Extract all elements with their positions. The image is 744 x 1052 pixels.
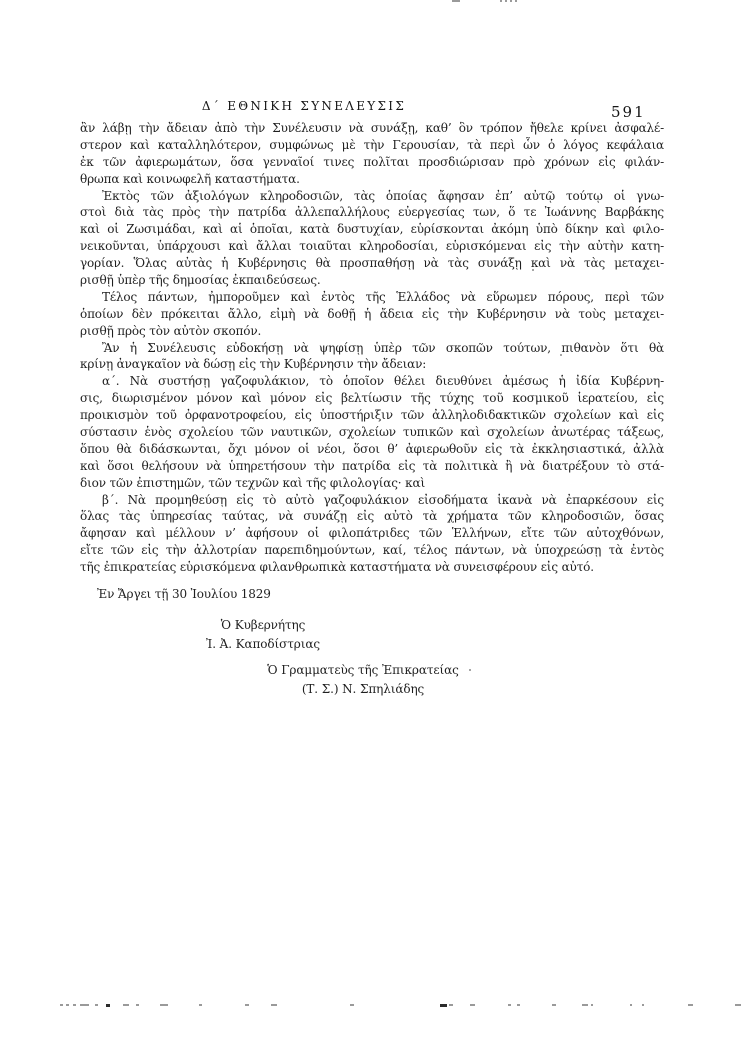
scan-speck (271, 1004, 277, 1006)
dateline: Ἐν Ἄργει τῇ 30 Ἰουλίου 1829 (80, 586, 664, 603)
text-line: στερον καὶ καταλληλότερον, συμφώνως μὲ τ… (80, 137, 664, 154)
text-line: ρισθῇ πρὸς τὸν αὐτὸν σκοπόν. (80, 323, 664, 340)
text-line: κρίνῃ ἀναγκαῖον νὰ δώσῃ εἰς τὴν Κυβέρνησ… (80, 356, 664, 373)
text-line: διον τῶν ἐπιστημῶν, τῶν τεχνῶν καὶ τῆς φ… (80, 475, 664, 492)
text-line: β´. Νὰ προμηθεύσῃ εἰς τὸ αὐτὸ γαζοφυλάκι… (80, 492, 664, 509)
text-line: νεικοῦνται, ὑπάρχουσι καὶ ἄλλαι τοιαῦται… (80, 238, 664, 255)
text-line: ἐκ τῶν ἀφιερωμάτων, ὅσα γενναῖοί τινες π… (80, 154, 664, 171)
scan-speck (106, 1004, 110, 1007)
paragraph: Τέλος πάντων, ἠμποροῦμεν καὶ ἐντὸς τῆς Ἑ… (80, 289, 664, 340)
text-line: ρισθῇ ὑπὲρ τῆς δημοσίας ἐκπαιδεύσεως. (80, 272, 664, 289)
scan-speck (66, 1004, 69, 1006)
text-line: σις, διωρισμένον μόνον καὶ μόνον εἰς βελ… (80, 390, 664, 407)
text-line: ἂν λάβῃ τὴν ἄδειαν ἀπὸ τὴν Συνέλευσιν νὰ… (80, 120, 664, 137)
document-body: ἂν λάβῃ τὴν ἄδειαν ἀπὸ τὴν Συνέλευσιν νὰ… (80, 120, 664, 603)
scan-speck (123, 1004, 129, 1006)
signature-secretary-name: (Τ. Σ.) Ν. Σπηλιάδης (243, 680, 483, 699)
scan-speck (505, 0, 507, 2)
scan-speck (470, 1004, 475, 1006)
scan-speck (560, 354, 562, 356)
text-line: τῆς ἐπικρατείας εὑρισκόμενα φιλανθρωπικὰ… (80, 559, 664, 576)
text-line: καὶ οἱ Ζωσιμάδαι, καὶ αἱ ὁποῖαι, κατὰ δυ… (80, 221, 664, 238)
text-line: εἴτε τῶν εἰς τὴν ἀλλοτρίαν παρεπιδημούντ… (80, 542, 664, 559)
scan-speck (95, 1004, 98, 1006)
signature-governor-role: Ὁ Κυβερνήτης (142, 616, 384, 635)
scan-speck (80, 1004, 89, 1006)
scan-speck (510, 0, 512, 2)
paragraph: Ἐκτὸς τῶν ἀξιολόγων κληροδοσιῶν, τὰς ὁπο… (80, 188, 664, 289)
scan-speck (515, 0, 517, 2)
text-line: Ἐκτὸς τῶν ἀξιολόγων κληροδοσιῶν, τὰς ὁπο… (80, 188, 664, 205)
text-line: στοὶ διὰ τὰς πρὸς τὴν πατρίδα ἀλλεπαλλήλ… (80, 204, 664, 221)
scan-speck (517, 1004, 520, 1006)
scan-speck (500, 0, 502, 2)
text-line: προικισμὸν τοῦ ὀρφανοτροφείου, εἰς ὑποστ… (80, 407, 664, 424)
text-line: ὅλας τὰς ὑπηρεσίας ταύτας, νὰ συνάζῃ εἰς… (80, 508, 664, 525)
signature-secretary-role: Ὁ Γραμματεὺς τῆς Ἐπικρατείας (243, 661, 483, 680)
scan-speck (508, 1004, 511, 1006)
signature-governor-name: Ἰ. Ἀ. Καποδίστριας (142, 635, 384, 654)
text-line: καὶ ὅσοι θελήσουν νὰ ὑπηρετήσουν τὴν πατ… (80, 458, 664, 475)
scan-speck (469, 669, 471, 671)
scan-speck (642, 1004, 644, 1006)
scan-speck (73, 1004, 76, 1006)
text-line: θρωπα καὶ κοινωφελῆ καταστήματα. (80, 171, 664, 188)
scan-speck (735, 1004, 741, 1006)
text-line: σύστασιν ἑνὸς σχολείου τῶν ναυτικῶν, σχο… (80, 424, 664, 441)
text-line: γορίαν. Ὅλας αὐτὰς ἡ Κυβέρνησις θὰ προσπ… (80, 255, 664, 272)
signature-secretary: Ὁ Γραμματεὺς τῆς Ἐπικρατείας (Τ. Σ.) Ν. … (243, 661, 483, 698)
text-line: Ἂν ἡ Συνέλευσις εὐδοκήσῃ νὰ ψηφίσῃ ὑπὲρ … (80, 340, 664, 357)
scan-speck (630, 1004, 632, 1006)
paragraph: ἂν λάβῃ τὴν ἄδειαν ἀπὸ τὴν Συνέλευσιν νὰ… (80, 120, 664, 188)
page-number: 591 (611, 103, 646, 121)
scan-speck (60, 1004, 63, 1006)
scan-speck (688, 1004, 693, 1006)
scan-speck (199, 1004, 202, 1006)
text-line: ἄφησαν καὶ μέλλουν ν’ ἀφήσουν οἱ φιλοπάτ… (80, 525, 664, 542)
signature-governor: Ὁ Κυβερνήτης Ἰ. Ἀ. Καποδίστριας (142, 616, 384, 653)
scan-speck (245, 1004, 249, 1006)
document-page: Δ´ ΕΘΝΙΚΗ ΣΥΝΕΛΕΥΣΙΣ 591 ἂν λάβῃ τὴν ἄδε… (0, 0, 744, 1052)
scan-speck (449, 1004, 453, 1006)
paragraph: Ἂν ἡ Συνέλευσις εὐδοκήσῃ νὰ ψηφίσῃ ὑπὲρ … (80, 340, 664, 374)
scan-speck (136, 1004, 139, 1006)
scan-speck (440, 1004, 447, 1007)
paragraphs-container: ἂν λάβῃ τὴν ἄδειαν ἀπὸ τὴν Συνέλευσιν νὰ… (80, 120, 664, 576)
text-line: Τέλος πάντων, ἠμποροῦμεν καὶ ἐντὸς τῆς Ἑ… (80, 289, 664, 306)
scan-speck (452, 0, 460, 2)
text-line: ὅπου θὰ διδάσκωνται, ὄχι μόνον οἱ νέοι, … (80, 441, 664, 458)
scan-speck (582, 1004, 588, 1006)
scan-speck (552, 1004, 556, 1006)
scan-speck (160, 1004, 168, 1006)
text-line: α´. Νὰ συστήσῃ γαζοφυλάκιον, τὸ ὁποῖον θ… (80, 373, 664, 390)
paragraph: β´. Νὰ προμηθεύσῃ εἰς τὸ αὐτὸ γαζοφυλάκι… (80, 492, 664, 576)
paragraph: α´. Νὰ συστήσῃ γαζοφυλάκιον, τὸ ὁποῖον θ… (80, 373, 664, 491)
scan-speck (350, 1004, 354, 1006)
scan-speck (532, 269, 534, 271)
page-header-title: Δ´ ΕΘΝΙΚΗ ΣΥΝΕΛΕΥΣΙΣ (198, 99, 410, 113)
scan-speck (591, 1004, 593, 1006)
text-line: ὁποίων δὲν πρόκειται ἄλλο, εἰμὴ νὰ δοθῇ … (80, 306, 664, 323)
